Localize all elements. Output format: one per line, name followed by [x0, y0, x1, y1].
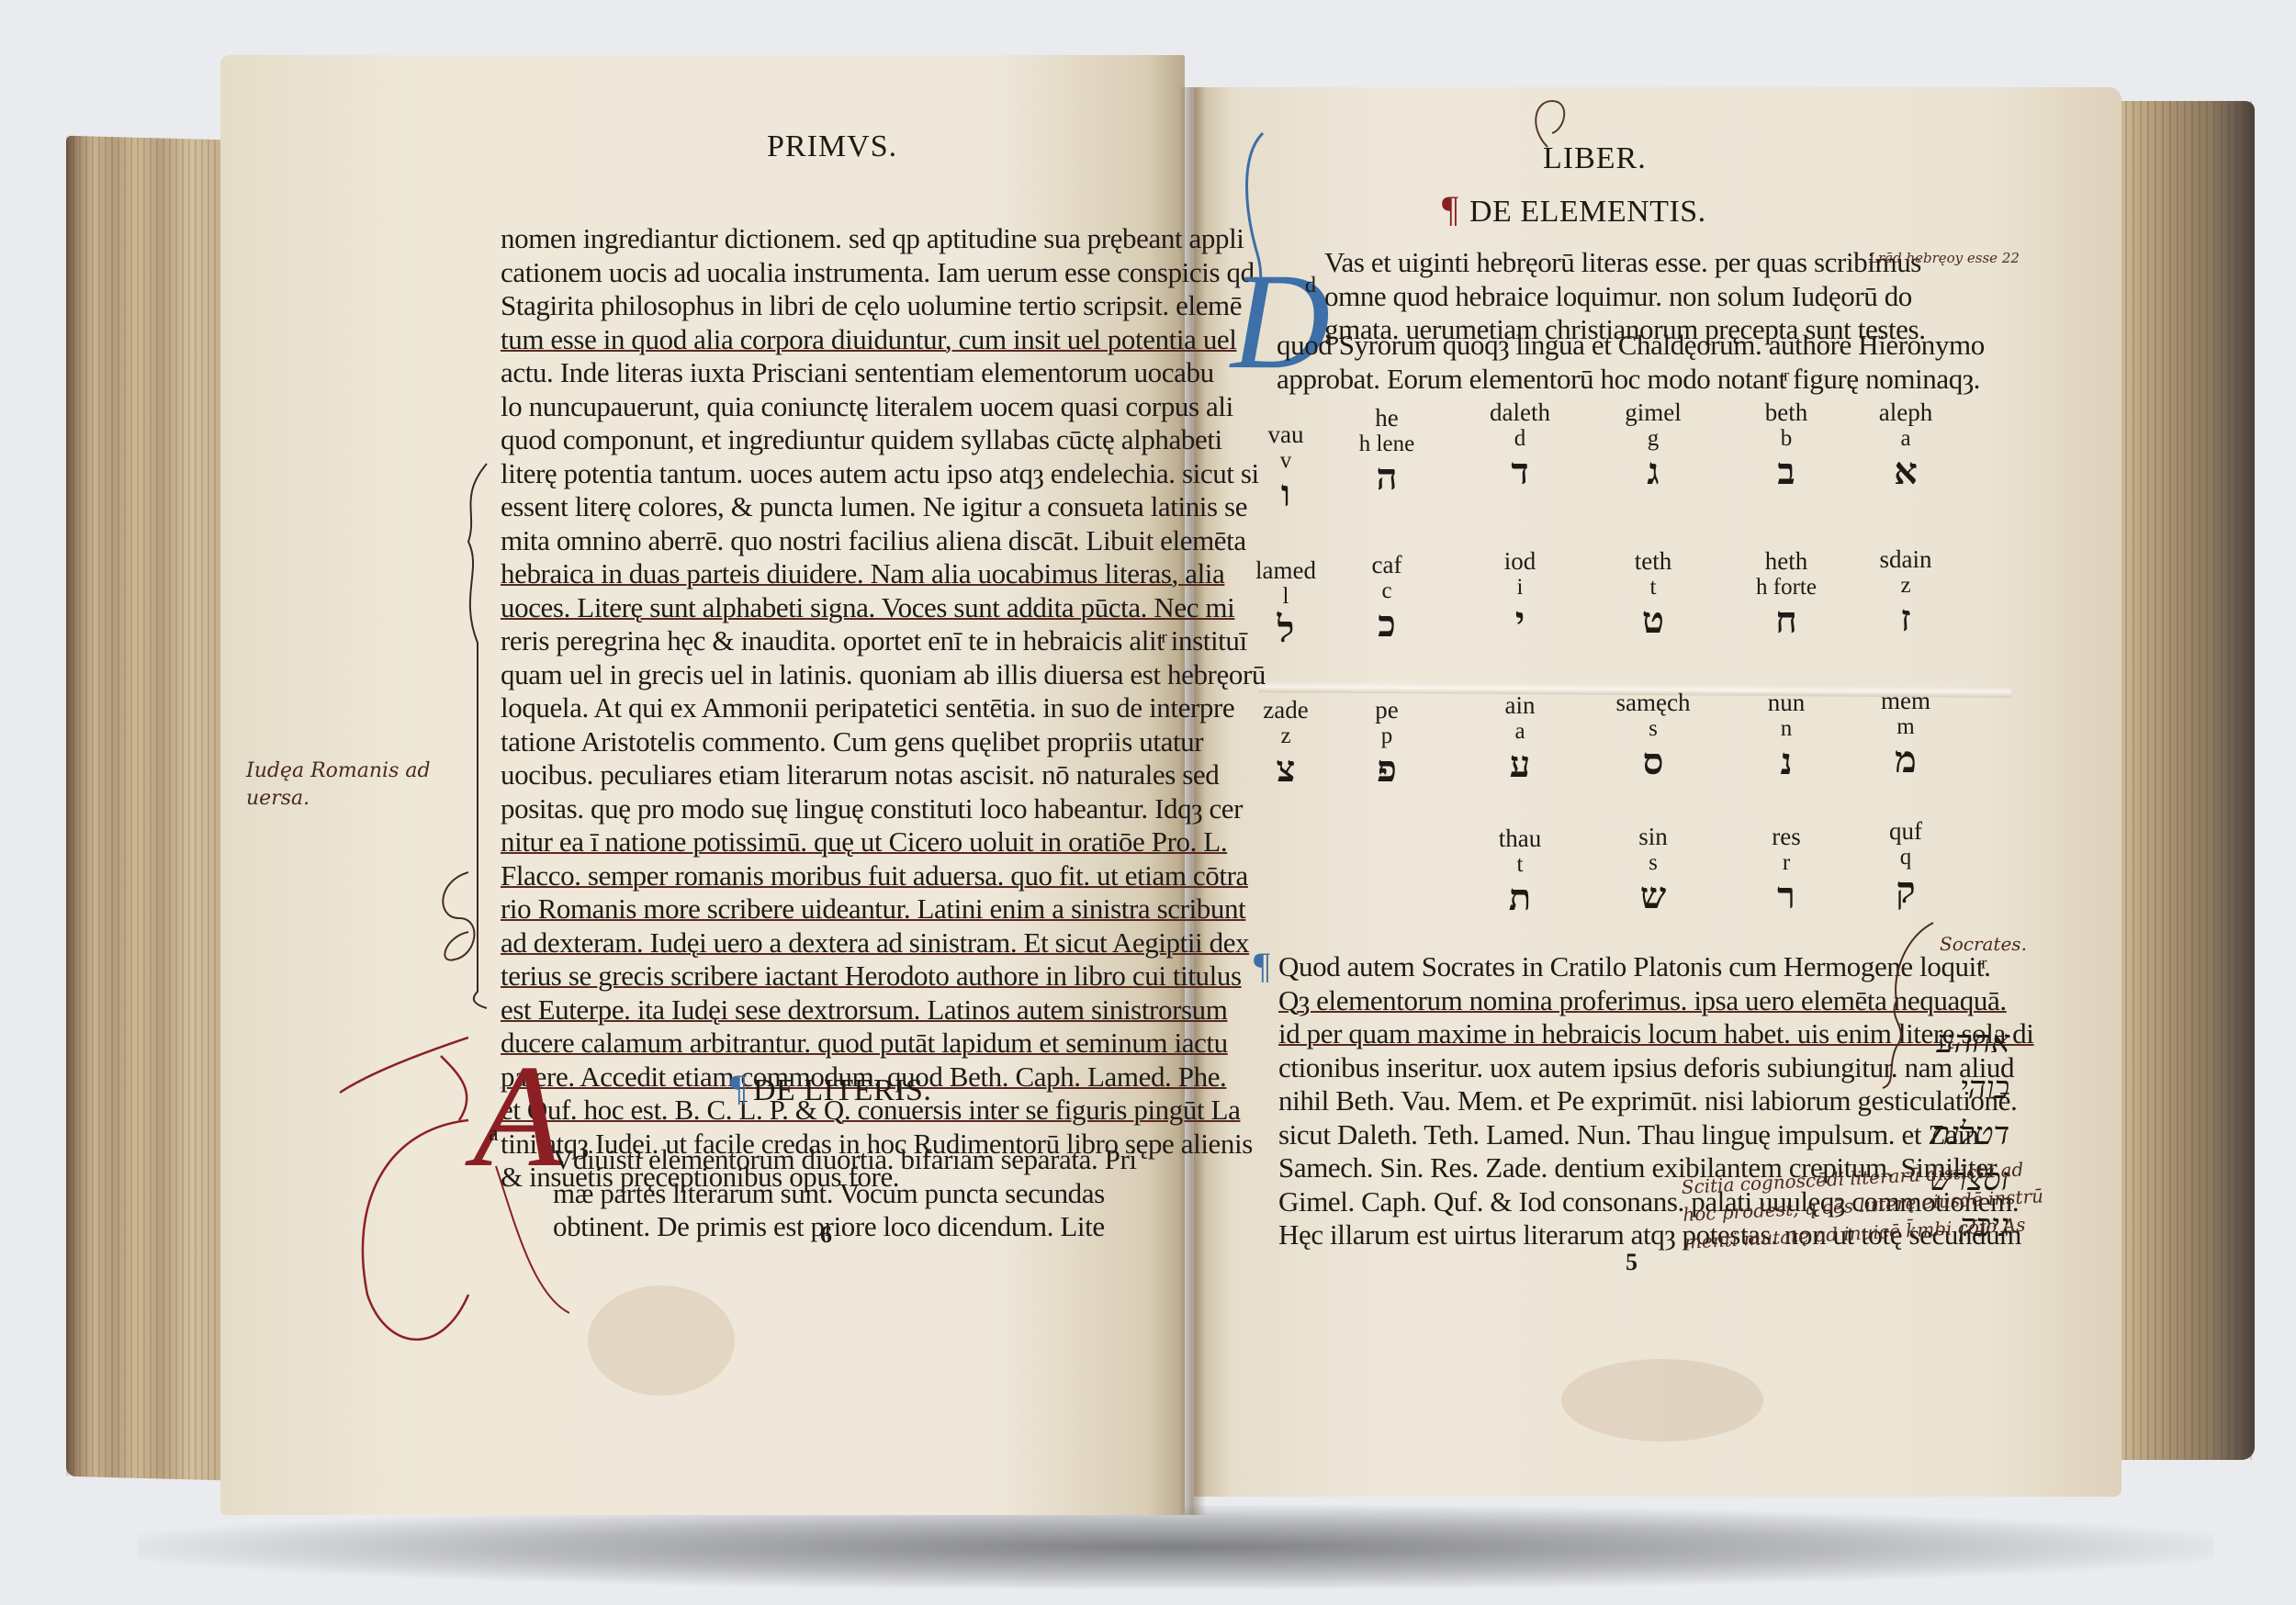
letter-cell: memmמ — [1855, 687, 1956, 780]
letter-cell: bethbב — [1736, 398, 1837, 492]
marginal-note-22-letters: Lrād hebręoy esse 22 — [1869, 250, 2020, 266]
letter-cell: heh leneה — [1336, 404, 1437, 498]
text-line: terius se grecis scribere iactant Herodo… — [501, 960, 1266, 993]
letter-cell: iodiי — [1469, 547, 1570, 641]
page-number-right: 5 — [1626, 1249, 1638, 1276]
letter-cell: sinsש — [1603, 823, 1704, 916]
paper-stain — [588, 1285, 735, 1396]
text-line: tum esse in quod alia corpora diuiduntur… — [501, 323, 1266, 357]
letter-cell: cafcכ — [1336, 551, 1437, 645]
hebrew-group: כוהי — [1908, 1065, 2009, 1111]
letter-cell: thautת — [1469, 825, 1570, 918]
text-line: cationem uocis ad uocalia instrumenta. I… — [501, 256, 1266, 290]
book-fore-edge-right — [2103, 101, 2255, 1460]
text-line: hebraica in duas parteis diuidere. Nam a… — [501, 557, 1266, 591]
alphabet-row-2: lamedlל cafcכ iodiי tethtט hethh forteח … — [1254, 549, 1970, 678]
letter-cell: sdainzז — [1855, 545, 1956, 639]
text-line: rio Romanis more scribere uideantur. Lat… — [501, 892, 1266, 926]
text-line: nomen ingrediantur dictionem. sed qp apt… — [501, 222, 1266, 256]
text-line: ad dexteram. Iudęi uero a dextera ad sin… — [501, 926, 1266, 960]
page-number-left: 6 — [820, 1221, 832, 1249]
pilcrow-blue: ¶ — [1254, 948, 1270, 984]
running-head-left: PRIMVS. — [767, 130, 897, 164]
text-line: omne quod hebraice loquimur. non solum I… — [1324, 280, 1926, 314]
text-line: uoces. Literę sunt alphabeti signa. Voce… — [501, 591, 1266, 625]
text-line: mita omnino aberrē. quo nostri facilius … — [501, 524, 1266, 558]
letter-cell: vauvו — [1235, 421, 1336, 514]
text-line: Vdiuisti elementorum diuortia. bifariam … — [553, 1143, 1137, 1177]
letter-cell: dalethdד — [1469, 398, 1570, 492]
pilcrow-red: ¶ — [1442, 191, 1458, 228]
text-line: literę potentia tantum. uoces autem actu… — [501, 457, 1266, 491]
text-line: approbat. Eorum elementorū hoc modo nota… — [1277, 363, 1985, 397]
section-heading-de-literis: DE LITERIS. — [753, 1074, 931, 1108]
letter-cell: hethh forteח — [1736, 547, 1837, 641]
red-initial-a: A — [473, 1042, 563, 1189]
guide-letter-a: a — [489, 1122, 499, 1147]
de-literis-text: Vdiuisti elementorum diuortia. bifariam … — [553, 1143, 1137, 1244]
alphabet-row-4: thautת sinsש resrר qufqק — [1254, 817, 1970, 946]
letter-cell: nunnנ — [1736, 689, 1837, 782]
alphabet-row-1: vauvו heh leneה dalethdד gimelgג bethbב … — [1254, 404, 1970, 533]
letter-cell: alephaא — [1855, 398, 1956, 492]
text-line: Flacco. semper romanis moribus fuit adue… — [501, 859, 1266, 893]
pilcrow-blue: ¶ — [730, 1070, 747, 1106]
de-elementis-intro-cont: quod Syrorum quoqȝ lingua et Chaldęorum.… — [1277, 329, 1985, 396]
text-line: est Euterpe. ita Iudęi sese dextrorsum. … — [501, 993, 1266, 1027]
text-line: ducere calamum arbitrantur. quod putāt l… — [501, 1027, 1266, 1061]
guide-letter-d: d — [1305, 274, 1316, 298]
hebrew-group-labial: אחהע — [1908, 1019, 2009, 1065]
hebrew-group: דטלנת — [1908, 1111, 2009, 1157]
text-line: Vas et uiginti hebręorū literas esse. pe… — [1324, 246, 1926, 280]
letter-cell: lamedlל — [1235, 556, 1336, 650]
text-line: lo nuncupauerunt, quia coniunctę literal… — [501, 390, 1266, 424]
text-line: actu. Inde literas iuxta Prisciani sente… — [501, 356, 1266, 390]
letter-cell: samęchsס — [1603, 689, 1704, 782]
text-line: obtinent. De primis est priore loco dice… — [553, 1210, 1137, 1244]
letter-cell: resrר — [1736, 823, 1837, 916]
marginal-note-socrates: Socrates. — [1940, 933, 2027, 955]
text-line: loquela. At qui ex Ammonii peripatetici … — [501, 691, 1266, 725]
letter-cell: tethtט — [1603, 547, 1704, 641]
text-line: Stagirita philosophus in libri de cęlo u… — [501, 289, 1266, 323]
text-line: nitur ea ī natione potissimū. quę ut Cic… — [501, 825, 1266, 859]
text-line: uocibus. peculiares etiam literarum nota… — [501, 758, 1266, 792]
paper-stain — [1561, 1359, 1763, 1442]
text-line: positas. quę pro modo suę linguę constit… — [501, 792, 1266, 826]
letter-cell: qufqק — [1855, 817, 1956, 911]
section-heading-de-elementis: DE ELEMENTIS. — [1469, 196, 1706, 230]
margin-flourish — [432, 863, 487, 973]
letter-cell: gimelgג — [1603, 398, 1704, 492]
letter-cell: ainaע — [1469, 691, 1570, 785]
text-line: quam uel in grecis uel in latinis. quoni… — [501, 658, 1266, 692]
letter-cell: zadezצ — [1235, 696, 1336, 790]
text-line: essent literę colores, & puncta lumen. N… — [501, 490, 1266, 524]
running-head-right: LIBER. — [1543, 142, 1647, 176]
book-fore-edge-left — [66, 136, 222, 1480]
left-main-text: nomen ingrediantur dictionem. sed qp apt… — [501, 222, 1266, 1195]
letter-cell: pepפ — [1336, 696, 1437, 790]
text-line: tatione Aristotelis commento. Cum gens q… — [501, 725, 1266, 759]
table-shadow — [138, 1506, 2213, 1588]
alphabet-row-3: zadezצ pepפ ainaע samęchsס nunnנ memmמ — [1254, 687, 1970, 815]
marginal-note-left: Iudęa Romanis ad uersa. — [246, 758, 467, 813]
text-line: quod Syrorum quoqȝ lingua et Chaldęorum.… — [1277, 329, 1985, 363]
text-line: reris peregrina hęc & inaudita. oportet … — [501, 624, 1266, 658]
text-line: mæ partes literarum sunt. Vocum puncta s… — [553, 1177, 1137, 1211]
text-line: quod componunt, et ingrediuntur quidem s… — [501, 423, 1266, 457]
